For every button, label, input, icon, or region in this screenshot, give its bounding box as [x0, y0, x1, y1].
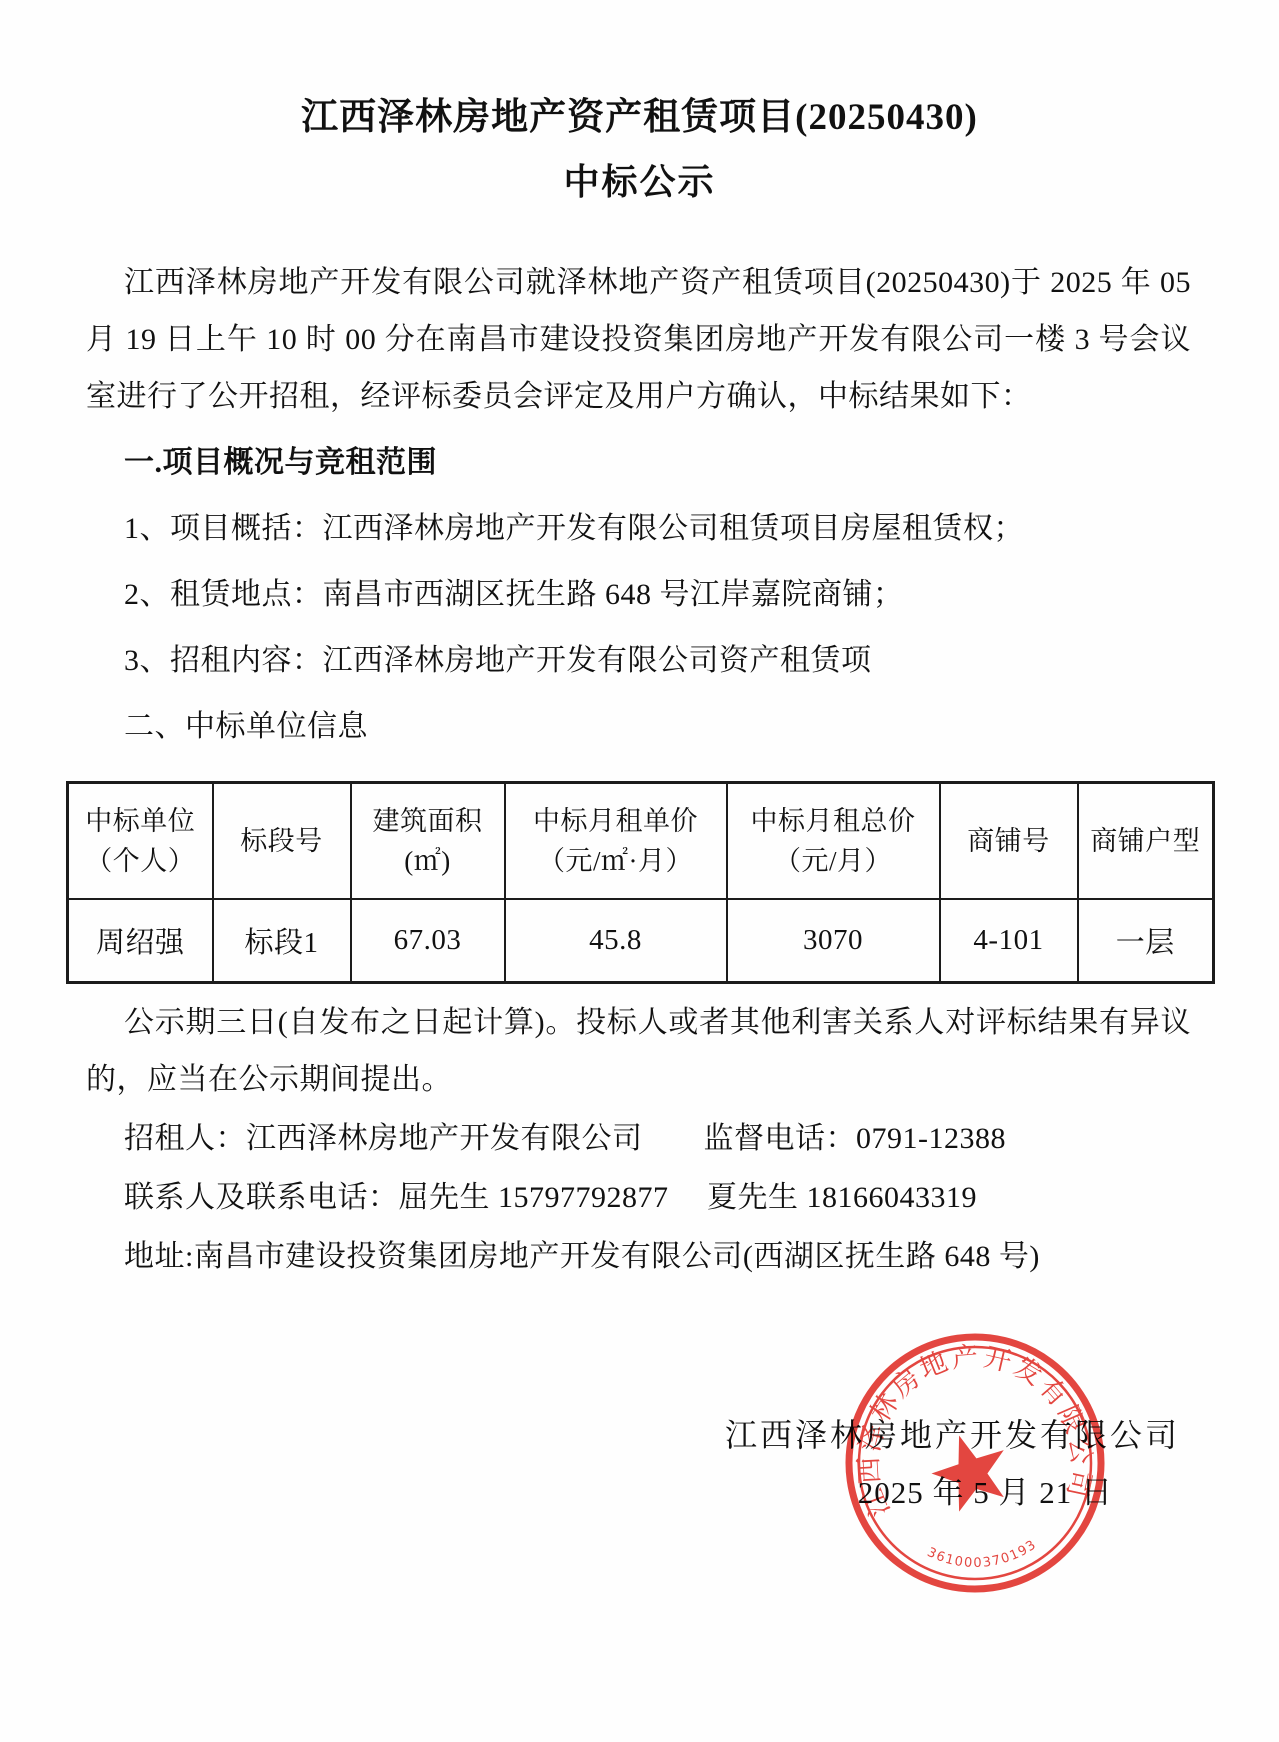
doc-title: 江西泽林房地产资产租赁项目(20250430) [0, 0, 1279, 140]
section2-heading: 二、中标单位信息 [86, 698, 1191, 755]
header-cell-shop-type: 商铺户型 [1078, 783, 1214, 899]
cell-area: 67.03 [351, 899, 505, 983]
cell-winner: 周绍强 [68, 899, 213, 983]
section1-item-2: 2、租赁地点：南昌市西湖区抚生路 648 号江岸嘉院商铺； [86, 566, 1191, 623]
signature-date: 2025 年 5 月 21 日 [0, 1464, 1279, 1521]
header-cell-area: 建筑面积 (㎡) [351, 783, 505, 899]
cell-shop-no: 4-101 [940, 899, 1078, 983]
award-table: 中标单位 （个人） 标段号 建筑面积 (㎡) 中标月租单价 （元/㎡·月） 中标… [66, 781, 1215, 984]
header-row: 中标单位 （个人） 标段号 建筑面积 (㎡) 中标月租单价 （元/㎡·月） 中标… [68, 783, 1214, 899]
document-page: 江西泽林房地产资产租赁项目(20250430) 中标公示 江西泽林房地产开发有限… [0, 0, 1279, 1742]
section1-item-3: 3、招租内容：江西泽林房地产开发有限公司资产租赁项 [86, 632, 1191, 689]
lessor-line: 招租人：江西泽林房地产开发有限公司 监督电话：0791-12388 [86, 1110, 1191, 1167]
seal-serial-text: 361000370193 [923, 1530, 1042, 1579]
header-cell-total-price: 中标月租总价 （元/月） [727, 783, 940, 899]
section1-item-1: 1、项目概括：江西泽林房地产开发有限公司租赁项目房屋租赁权； [86, 500, 1191, 557]
table-row: 周绍强 标段1 67.03 45.8 3070 4-101 一层 [68, 899, 1214, 983]
signature-company: 江西泽林房地产开发有限公司 [0, 1407, 1279, 1464]
intro-paragraph: 江西泽林房地产开发有限公司就泽林地产资产租赁项目(20250430)于 2025… [86, 254, 1191, 425]
notice-paragraph: 公示期三日(自发布之日起计算)。投标人或者其他利害关系人对评标结果有异议的，应当… [86, 994, 1191, 1108]
header-cell-unit-price: 中标月租单价 （元/㎡·月） [505, 783, 727, 899]
header-cell-winner: 中标单位 （个人） [68, 783, 213, 899]
signature-block: 江西泽林房地产开发有限公司 2025 年 5 月 21 日 [0, 1407, 1279, 1521]
section1-heading: 一.项目概况与竞租范围 [86, 434, 1191, 491]
cell-total-price: 3070 [727, 899, 940, 983]
contacts-line: 联系人及联系电话：屈先生 15797792877 夏先生 18166043319 [86, 1169, 1191, 1226]
header-cell-shop-no: 商铺号 [940, 783, 1078, 899]
cell-lot: 标段1 [213, 899, 351, 983]
doc-subtitle: 中标公示 [0, 160, 1279, 204]
header-cell-lot: 标段号 [213, 783, 351, 899]
cell-unit-price: 45.8 [505, 899, 727, 983]
cell-shop-type: 一层 [1078, 899, 1214, 983]
address-line: 地址:南昌市建设投资集团房地产开发有限公司(西湖区抚生路 648 号) [86, 1228, 1191, 1285]
